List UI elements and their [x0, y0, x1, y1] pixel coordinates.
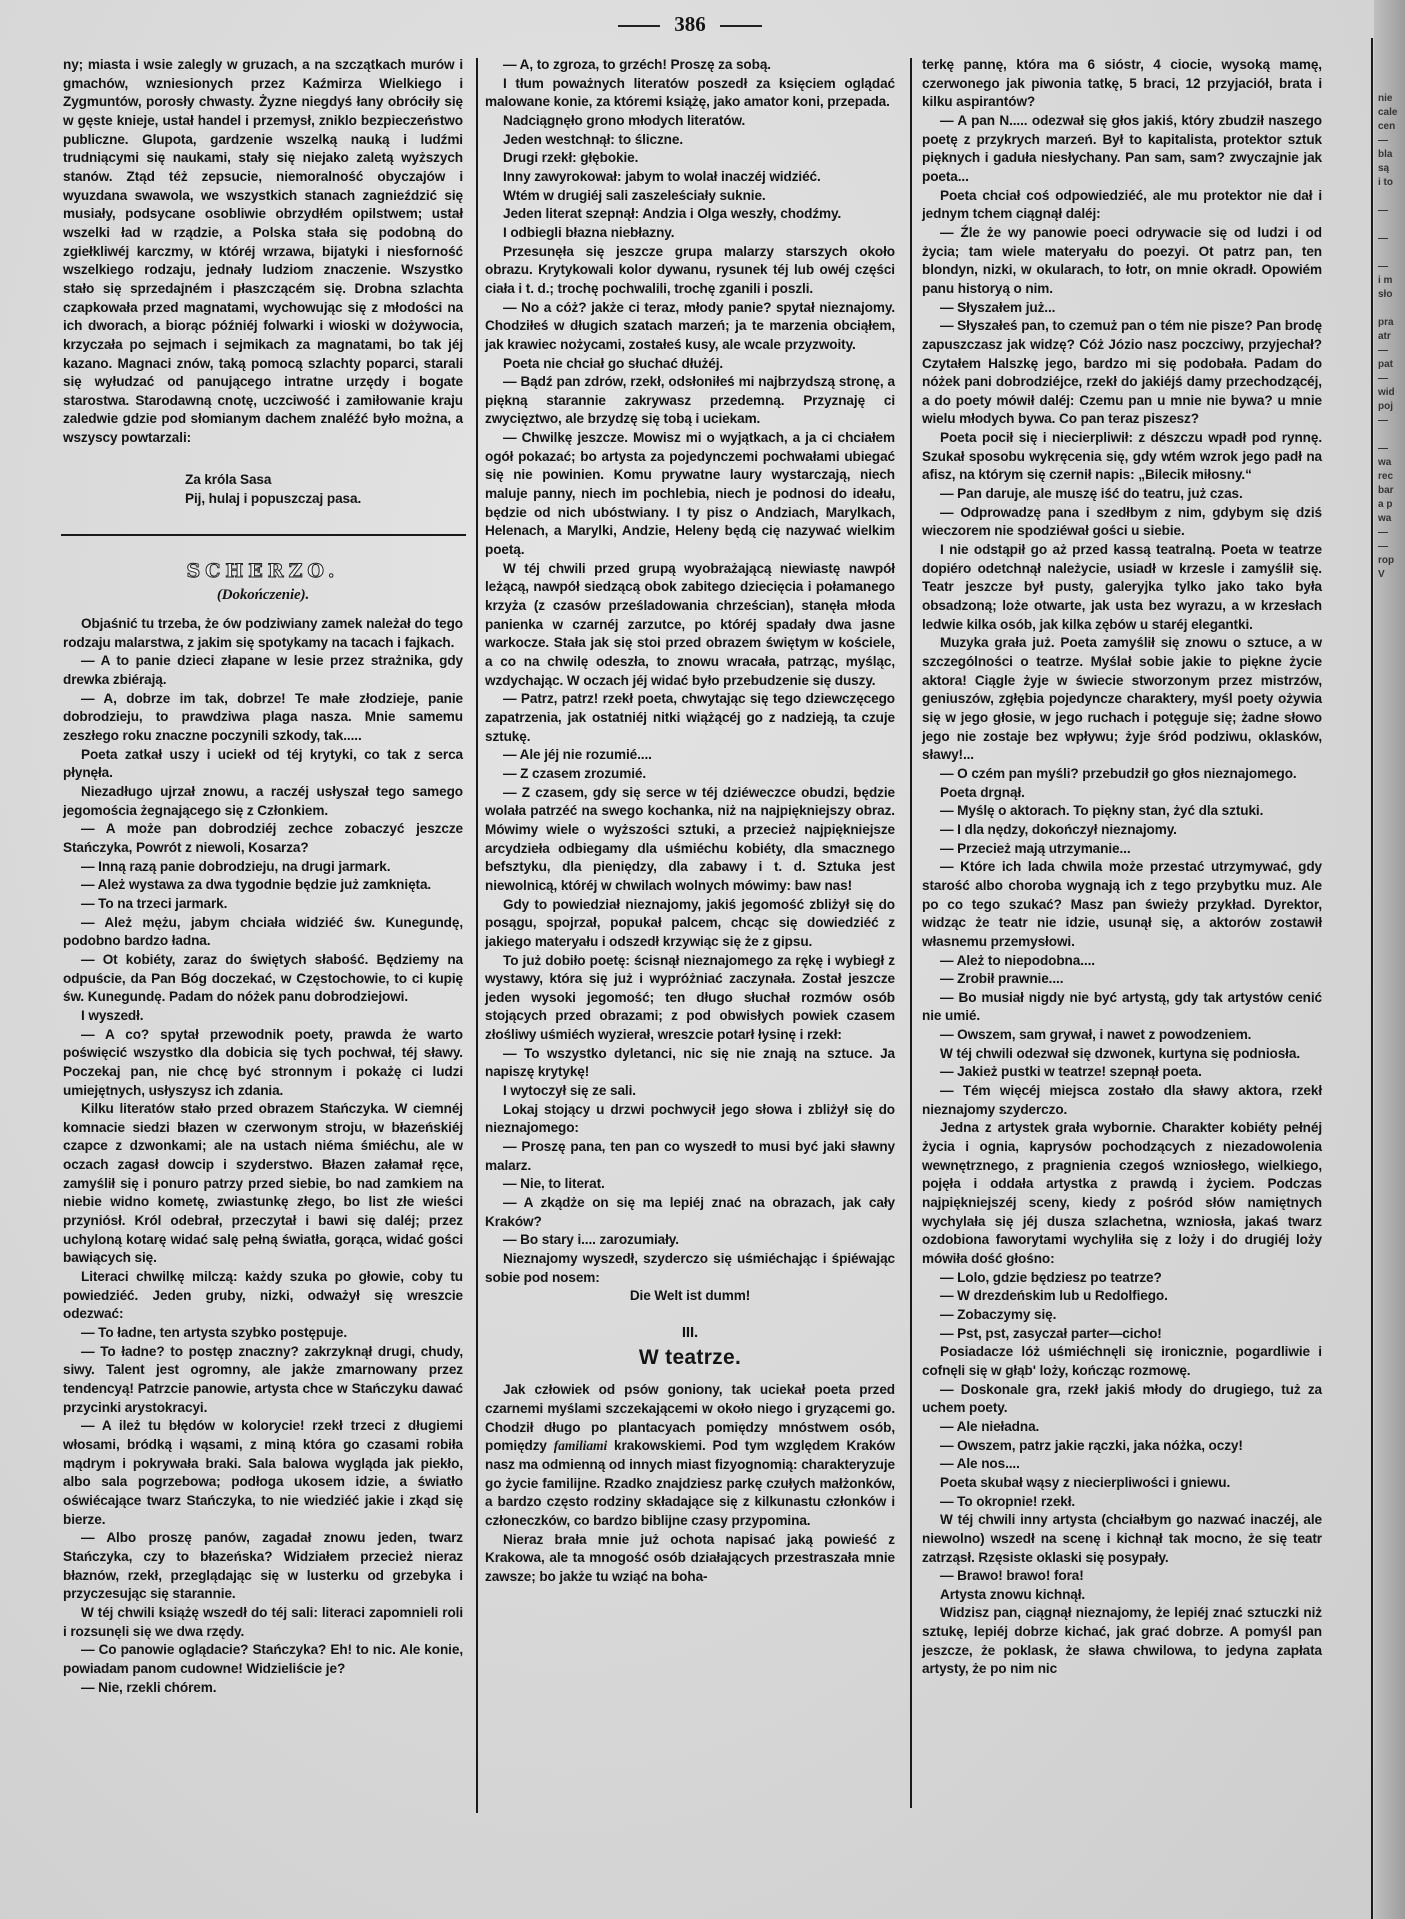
- scherzo-body: Objaśnić tu trzeba, że ów podziwiany zam…: [63, 615, 463, 1697]
- paragraph: W téj chwili książę wszedł do téj sali: …: [63, 1604, 463, 1641]
- paragraph: Poeta pocił się i niecierpliwił: z dészc…: [922, 429, 1322, 485]
- paragraph: Jeden westchnął: to śliczne.: [485, 131, 895, 150]
- paragraph: — A, dobrze im tak, dobrze! Te małe złod…: [63, 690, 463, 746]
- paragraph: Przesunęła się jeszcze grupa malarzy sta…: [485, 243, 895, 299]
- paragraph: Objaśnić tu trzeba, że ów podziwiany zam…: [63, 615, 463, 652]
- paragraph: — Ot kobiéty, zaraz do świętych słabość.…: [63, 951, 463, 1007]
- paragraph: — Brawo! brawo! fora!: [922, 1567, 1322, 1586]
- chapter-title: W teatrze.: [485, 1349, 895, 1368]
- paragraph: — Odprowadzę pana i szedłbym z nim, gdyb…: [922, 504, 1322, 541]
- paragraph: — To wszystko dyletanci, nic się nie zna…: [485, 1045, 895, 1082]
- paragraph: Literaci chwilkę milczą: każdy szuka po …: [63, 1268, 463, 1324]
- verse-line: Pij, hulaj i popuszczaj pasa.: [185, 489, 463, 508]
- paragraph: Jedna z artystek grała wybornie. Charakt…: [922, 1119, 1322, 1268]
- section-subtitle: (Dokończenie).: [63, 586, 463, 605]
- paragraph: — Słyszałeś pan, to czemuż pan o tém nie…: [922, 317, 1322, 429]
- chapter-number: III.: [485, 1324, 895, 1343]
- paragraph: W téj chwili przed grupą wyobrażającą ni…: [485, 560, 895, 691]
- paragraph: terkę pannę, która ma 6 sióstr, 4 ciocie…: [922, 56, 1322, 112]
- paragraph: — Ależ mężu, jabym chciała widziéć św. K…: [63, 914, 463, 951]
- paragraph: Drugi rzekł: głębokie.: [485, 149, 895, 168]
- paragraph: Poeta nie chciał go słuchać dłużéj.: [485, 355, 895, 374]
- paragraph: — A co? spytał przewodnik poety, prawda …: [63, 1026, 463, 1101]
- page-number-dash-left: [618, 25, 660, 27]
- paragraph: — Pst, pst, zasyczał parter—cicho!: [922, 1325, 1322, 1344]
- paragraph: — Nie, to literat.: [485, 1175, 895, 1194]
- paragraph: I wytoczył się ze sali.: [485, 1082, 895, 1101]
- paragraph: Wtém w drugiéj sali zaszeleściały suknie…: [485, 187, 895, 206]
- paragraph: — Bo stary i.... zarozumiały.: [485, 1231, 895, 1250]
- paragraph: Poeta skubał wąsy z niecierpliwości i gn…: [922, 1474, 1322, 1493]
- paragraph: — A, to zgroza, to grzéch! Proszę za sob…: [485, 56, 895, 75]
- paragraph: — A ileż tu błędów w kolorycie! rzekł tr…: [63, 1417, 463, 1529]
- paragraph: Niezadługo ujrzał znowu, a raczéj usłysz…: [63, 783, 463, 820]
- paragraph: Artysta znowu kichnął.: [922, 1586, 1322, 1605]
- paragraph: Poeta zatkał uszy i uciekł od téj krytyk…: [63, 746, 463, 783]
- paragraph: I tłum poważnych literatów poszedł za ks…: [485, 75, 895, 112]
- paragraph: Nieznajomy wyszedł, szyderczo się uśmiéc…: [485, 1250, 895, 1287]
- column-divider-1: [476, 58, 478, 1813]
- paragraph: — Bądź pan zdrów, rzekł, odsłoniłeś mi n…: [485, 373, 895, 429]
- paragraph: I nie odstąpił go aż przed kassą teatral…: [922, 541, 1322, 634]
- paragraph: Widzisz pan, ciągnął nieznajomy, że lepi…: [922, 1604, 1322, 1679]
- paragraph: — Źle że wy panowie poeci odrywacie się …: [922, 224, 1322, 299]
- song-line: Die Welt ist dumm!: [485, 1287, 895, 1306]
- paragraph: Gdy to powiedział nieznajomy, jakiś jego…: [485, 896, 895, 952]
- paragraph: — Zrobił prawnie....: [922, 970, 1322, 989]
- adjacent-page-fragment: nie cale cen — bla są i to — — — i m sło…: [1374, 92, 1405, 582]
- paragraph: — Nie, rzekli chórem.: [63, 1679, 463, 1698]
- paragraph: — A pan N..... odezwał się głos jakiś, k…: [922, 112, 1322, 187]
- chapter-paragraph: Nieraz brała mnie już ochota napisać jak…: [485, 1531, 895, 1587]
- paragraph: Lokaj stojący u drzwi pochwycił jego sło…: [485, 1101, 895, 1138]
- intro-paragraph: ny; miasta i wsie zalegly w gruzach, a n…: [63, 56, 463, 448]
- paragraph: — Owszem, sam grywał, i nawet z powodzen…: [922, 1026, 1322, 1045]
- paragraph: — Z czasem zrozumié.: [485, 765, 895, 784]
- chapter-paragraph: Jak człowiek od psów goniony, tak ucieka…: [485, 1381, 895, 1530]
- paragraph: — Bo musiał nigdy nie być artystą, gdy t…: [922, 989, 1322, 1026]
- paragraph: — To na trzeci jarmark.: [63, 895, 463, 914]
- verse: Za króla Sasa Pij, hulaj i popuszczaj pa…: [185, 470, 463, 508]
- middle-body: — A, to zgroza, to grzéch! Proszę za sob…: [485, 56, 895, 1287]
- paragraph: — A zkądże on się ma lepiéj znać na obra…: [485, 1194, 895, 1231]
- page-number-dash-right: [720, 25, 762, 27]
- section-separator: [61, 534, 466, 536]
- paragraph: — Ależ wystawa za dwa tygodnie będzie ju…: [63, 876, 463, 895]
- paragraph: — Doskonale gra, rzekł jakiś młody do dr…: [922, 1381, 1322, 1418]
- paragraph: Poeta drgnął.: [922, 784, 1322, 803]
- paragraph: Poeta chciał coś odpowiedziéć, ale mu pr…: [922, 187, 1322, 224]
- paragraph: — Słyszałem już...: [922, 299, 1322, 318]
- paragraph: — Pan daruje, ale muszę iść do teatru, j…: [922, 485, 1322, 504]
- paragraph: — Chwilkę jeszcze. Mowisz mi o wyjątkach…: [485, 429, 895, 560]
- paragraph: — O czém pan myśli? przebudził go głos n…: [922, 765, 1322, 784]
- paragraph: — Lolo, gdzie będziesz po teatrze?: [922, 1269, 1322, 1288]
- paragraph: — Tém więcéj miejsca zostało dla sławy a…: [922, 1082, 1322, 1119]
- section-title: SCHERZO.: [63, 562, 463, 581]
- paragraph: W téj chwili odezwał się dzwonek, kurtyn…: [922, 1045, 1322, 1064]
- page-number-text: 386: [674, 12, 706, 36]
- paragraph: W téj chwili inny artysta (chciałbym go …: [922, 1511, 1322, 1567]
- paragraph: Kilku literatów stało przed obrazem Stań…: [63, 1100, 463, 1268]
- paragraph: — Ale nieładna.: [922, 1418, 1322, 1437]
- paragraph: Inny zawyrokował: jabym to wolał inaczéj…: [485, 168, 895, 187]
- paragraph: Muzyka grała już. Poeta zamyślił się zno…: [922, 634, 1322, 765]
- paragraph: — Z czasem, gdy się serce w téj dziéwecz…: [485, 784, 895, 896]
- page-edge-rule: [1371, 38, 1373, 1919]
- paragraph: — Jakież pustki w teatrze! szepnął poeta…: [922, 1063, 1322, 1082]
- paragraph: — To ładne? to postęp znaczny? zakrzykną…: [63, 1343, 463, 1418]
- right-column: terkę pannę, która ma 6 sióstr, 4 ciocie…: [922, 56, 1322, 1679]
- paragraph: — Patrz, patrz! rzekł poeta, chwytając s…: [485, 690, 895, 746]
- paragraph: Posiadacze lóż uśmiéchnęli się ironiczni…: [922, 1343, 1322, 1380]
- paragraph: — Inną razą panie dobrodzieju, na drugi …: [63, 858, 463, 877]
- paragraph: — A może pan dobrodziéj zechce zobaczyć …: [63, 820, 463, 857]
- paragraph: — No a cóż? jakże ci teraz, młody panie?…: [485, 299, 895, 355]
- paragraph: — Myślę o aktorach. To piękny stan, żyć …: [922, 802, 1322, 821]
- paragraph: — Zobaczymy się.: [922, 1306, 1322, 1325]
- right-body: terkę pannę, która ma 6 sióstr, 4 ciocie…: [922, 56, 1322, 1679]
- paragraph: Jeden literat szepnął: Andzia i Olga wes…: [485, 205, 895, 224]
- paragraph: — I dla nędzy, dokończył nieznajomy.: [922, 821, 1322, 840]
- paragraph: — Przecież mają utrzymanie...: [922, 840, 1322, 859]
- paragraph: — To okropnie! rzekł.: [922, 1493, 1322, 1512]
- paragraph: — Ale jéj nie rozumié....: [485, 746, 895, 765]
- paragraph: — Proszę pana, ten pan co wyszedł to mus…: [485, 1138, 895, 1175]
- page-number: 386: [590, 12, 790, 37]
- verse-line: Za króla Sasa: [185, 470, 463, 489]
- column-divider-2: [910, 58, 912, 1808]
- paragraph: — A to panie dzieci złapane w lesie prze…: [63, 652, 463, 689]
- paragraph: I wyszedł.: [63, 1007, 463, 1026]
- paragraph: — Które ich lada chwila może przestać ut…: [922, 858, 1322, 951]
- paragraph: — Co panowie oglądacie? Stańczyka? Eh! t…: [63, 1641, 463, 1678]
- adjacent-page-edge: nie cale cen — bla są i to — — — i m sło…: [1374, 0, 1405, 1919]
- paragraph: I odbiegli błazna niebłazny.: [485, 224, 895, 243]
- paragraph: — Ależ to niepodobna....: [922, 952, 1322, 971]
- paragraph: Nadciągnęło grono młodych literatów.: [485, 112, 895, 131]
- paragraph: — Ale nos....: [922, 1455, 1322, 1474]
- paragraph: To już dobiło poetę: ścisnął nieznajomeg…: [485, 952, 895, 1045]
- paragraph: — Albo proszę panów, zagadał znowu jeden…: [63, 1529, 463, 1604]
- left-column: ny; miasta i wsie zalegly w gruzach, a n…: [63, 56, 463, 1697]
- paragraph: — W drezdeńskim lub u Redolfiego.: [922, 1287, 1322, 1306]
- paragraph: — Owszem, patrz jakie rączki, jaka nóżka…: [922, 1437, 1322, 1456]
- middle-column: — A, to zgroza, to grzéch! Proszę za sob…: [485, 56, 895, 1587]
- paragraph: — To ładne, ten artysta szybko postępuje…: [63, 1324, 463, 1343]
- chapter-italic-word: familiami: [554, 1438, 607, 1453]
